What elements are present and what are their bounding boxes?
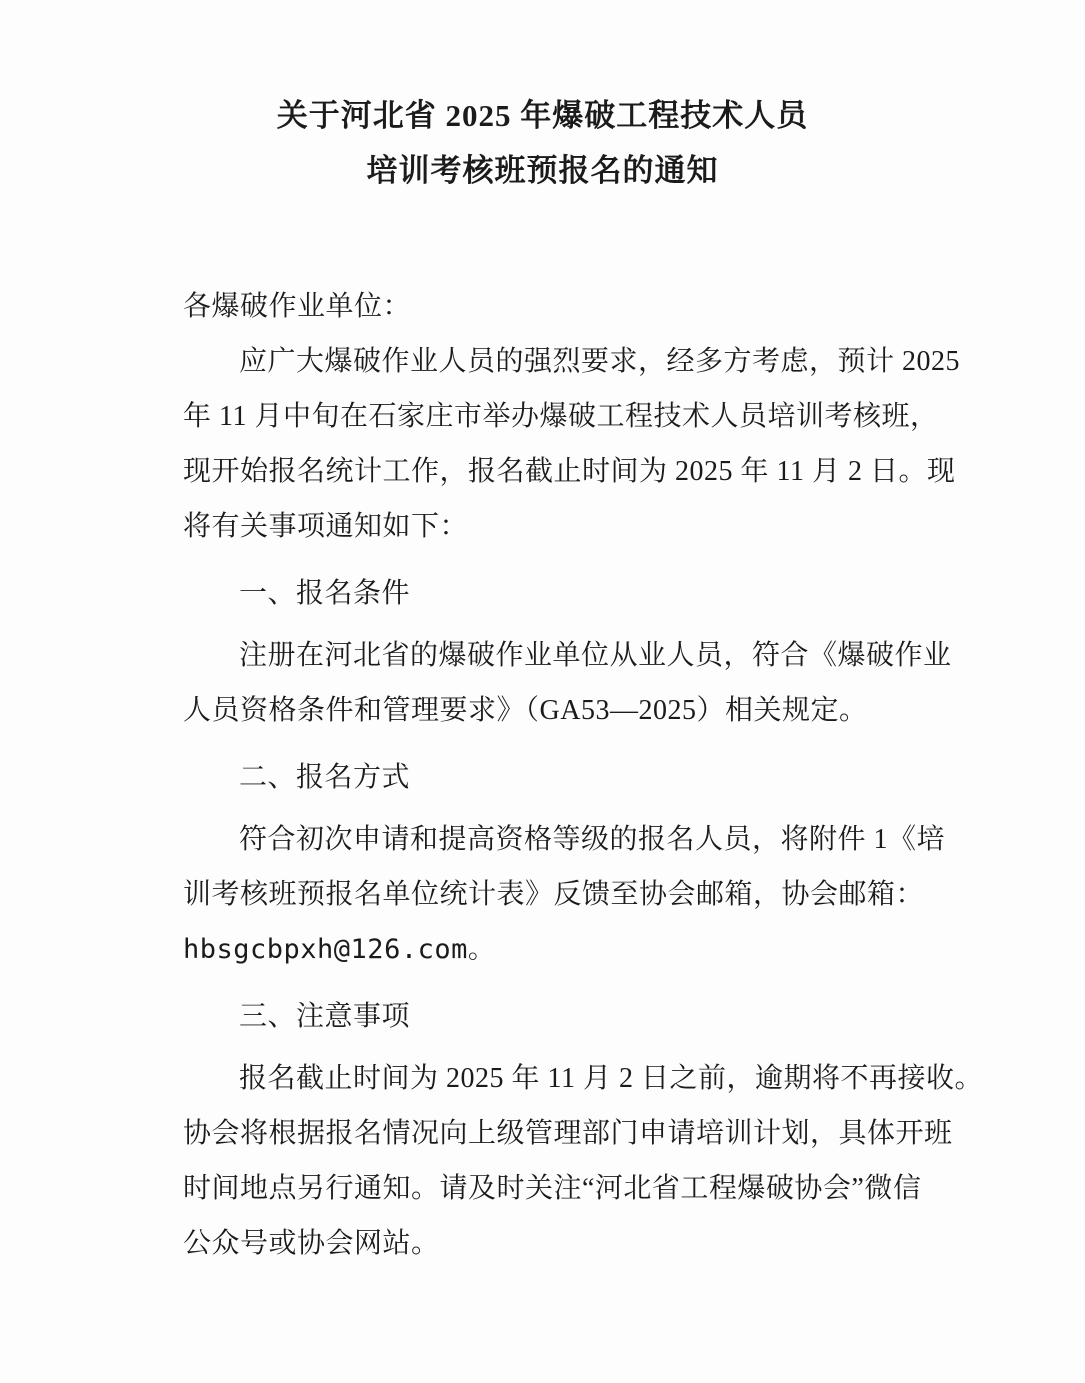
body-line: 协会将根据报名情况向上级管理部门申请培训计划，具体开班 bbox=[183, 1106, 915, 1161]
body-line: 时间地点另行通知。请及时关注“河北省工程爆破协会”微信 bbox=[183, 1161, 915, 1216]
body-line: 报名截止时间为 2025 年 11 月 2 日之前，逾期将不再接收。 bbox=[183, 1051, 915, 1106]
body-line: 公众号或协会网站。 bbox=[183, 1216, 915, 1271]
document-title-line-2: 培训考核班预报名的通知 bbox=[0, 143, 1085, 198]
body-line: 应广大爆破作业人员的强烈要求，经多方考虑，预计 2025 bbox=[183, 334, 915, 389]
section-heading-3: 三、注意事项 bbox=[183, 989, 915, 1044]
body-line: 人员资格条件和管理要求》（GA53—2025）相关规定。 bbox=[183, 683, 915, 738]
section-heading-2: 二、报名方式 bbox=[183, 750, 915, 805]
salutation-line: 各爆破作业单位： bbox=[183, 279, 915, 334]
document-body: 各爆破作业单位： 应广大爆破作业人员的强烈要求，经多方考虑，预计 2025 年 … bbox=[183, 279, 915, 1271]
document-title: 关于河北省 2025 年爆破工程技术人员 培训考核班预报名的通知 bbox=[0, 88, 1085, 198]
body-line: 注册在河北省的爆破作业单位从业人员，符合《爆破作业 bbox=[183, 628, 915, 683]
body-line: 现开始报名统计工作，报名截止时间为 2025 年 11 月 2 日。现 bbox=[183, 444, 915, 499]
notice-document-page: 关于河北省 2025 年爆破工程技术人员 培训考核班预报名的通知 各爆破作业单位… bbox=[0, 0, 1085, 1383]
body-line: 将有关事项通知如下： bbox=[183, 499, 915, 554]
email-address: hbsgcbpxh@126.com。 bbox=[183, 922, 915, 977]
body-line: 训考核班预报名单位统计表》反馈至协会邮箱，协会邮箱： bbox=[183, 867, 915, 922]
section-heading-1: 一、报名条件 bbox=[183, 566, 915, 621]
body-line: 符合初次申请和提高资格等级的报名人员，将附件 1《培 bbox=[183, 812, 915, 867]
document-title-line-1: 关于河北省 2025 年爆破工程技术人员 bbox=[0, 88, 1085, 143]
body-line: 年 11 月中旬在石家庄市举办爆破工程技术人员培训考核班， bbox=[183, 389, 915, 444]
